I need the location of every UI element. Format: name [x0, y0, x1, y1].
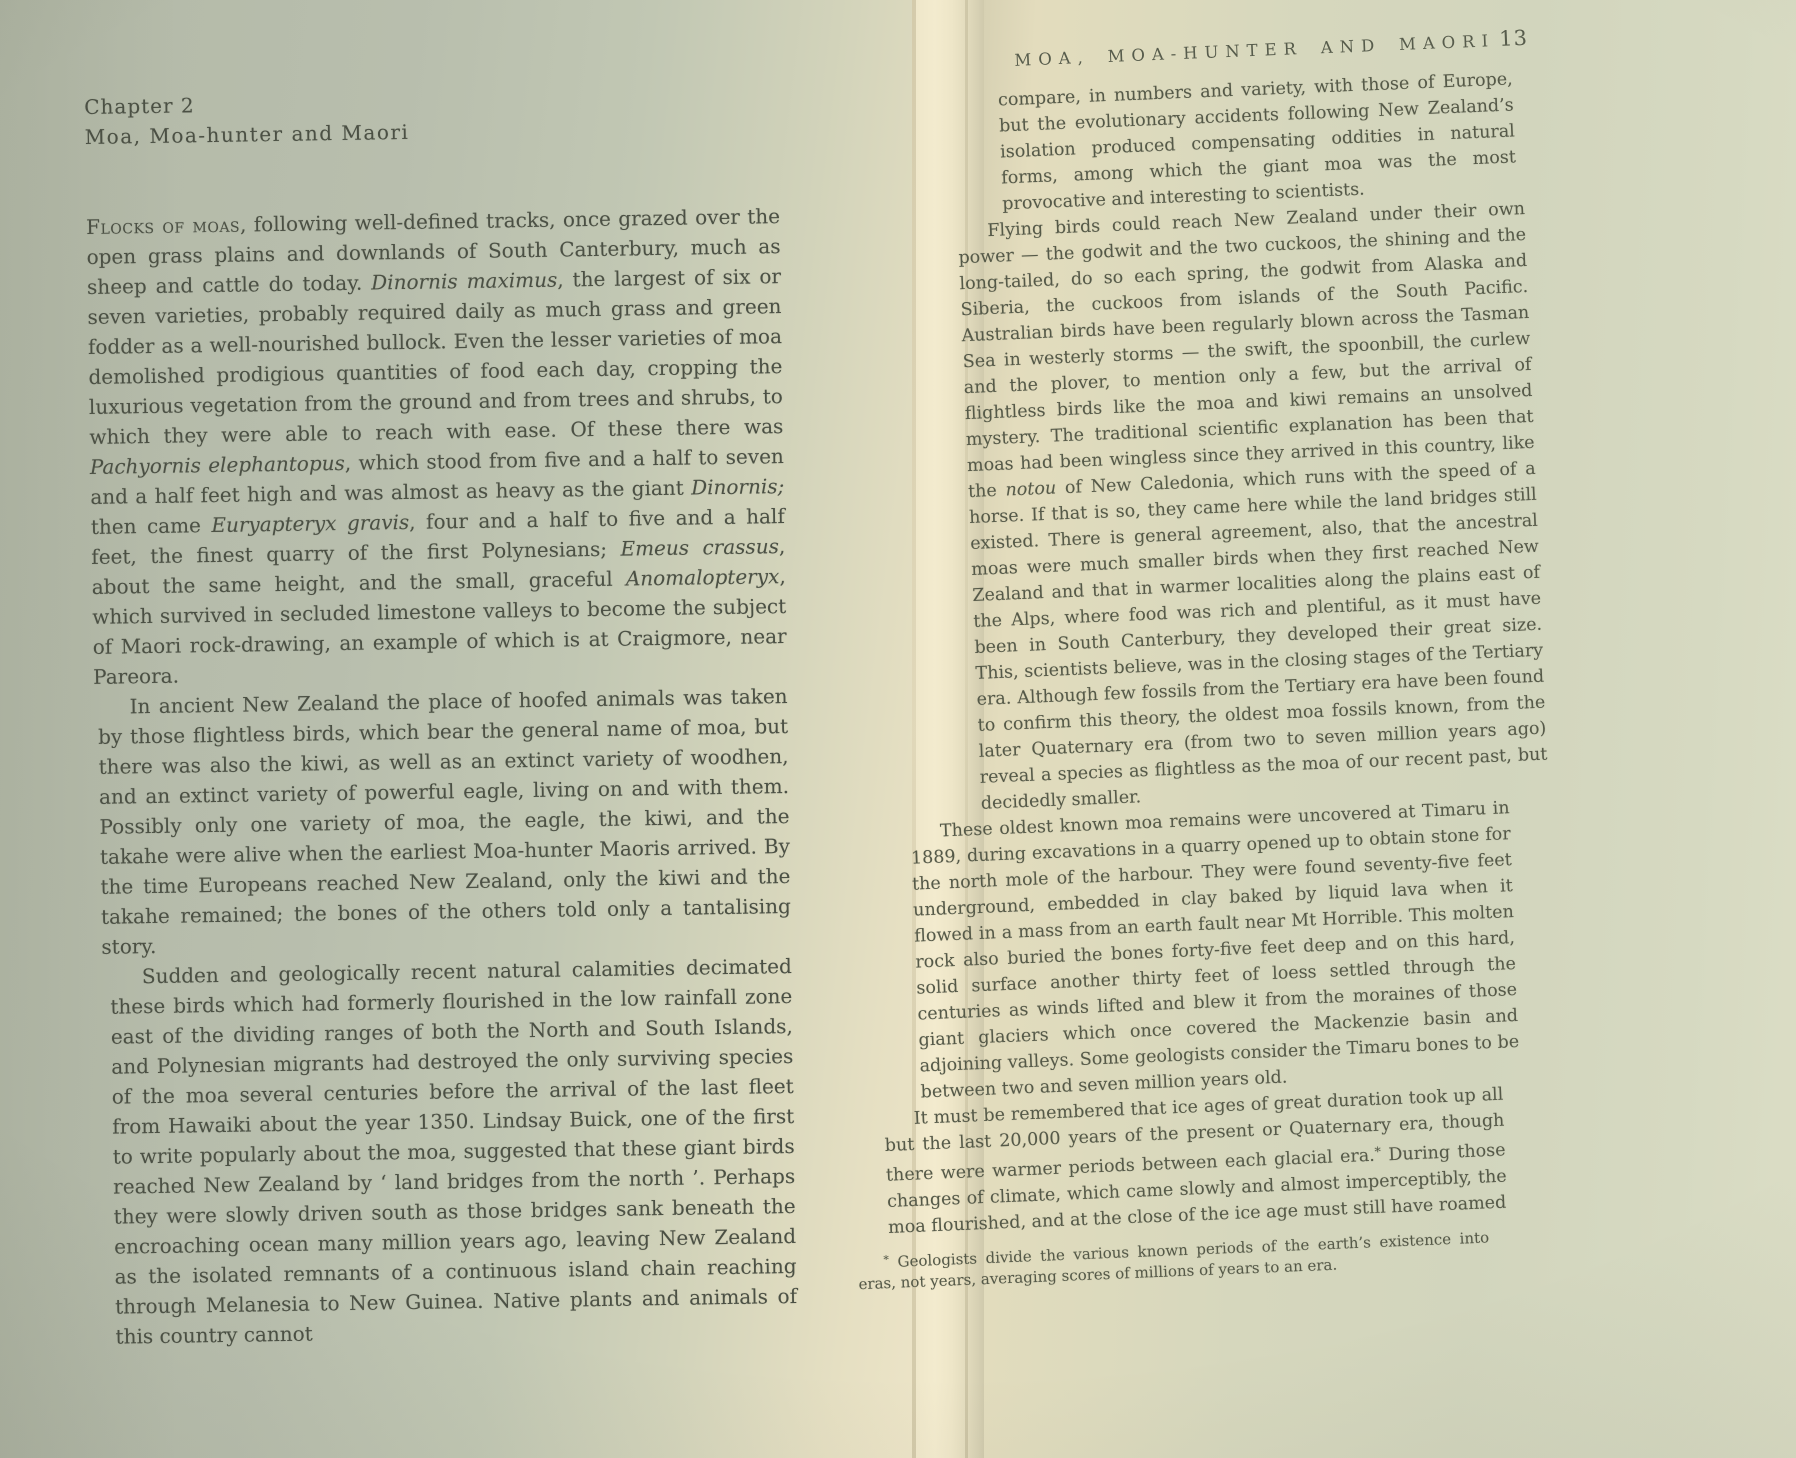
- left-page-body: Flocks of moas, following well-defined t…: [86, 201, 798, 1352]
- text-segment: of New Caledonia, which runs with the sp…: [969, 459, 1548, 814]
- species-name-italic: Pachyornis elephantopus: [90, 451, 345, 479]
- left-page-text: Chapter 2 Moa, Moa-hunter and Maori Floc…: [84, 81, 798, 1352]
- left-paragraph-2: In ancient New Zealand the place of hoof…: [97, 681, 791, 962]
- bird-name-italic: notou: [1005, 478, 1056, 500]
- left-paragraph-3: Sudden and geologically recent natural c…: [110, 951, 798, 1352]
- book-photo: Chapter 2 Moa, Moa-hunter and Maori Floc…: [0, 0, 1796, 1458]
- right-paragraph-3: These oldest known moa remains were unco…: [909, 795, 1520, 1105]
- species-name-italic: Dinornis;: [691, 474, 785, 499]
- text-segment: then came: [91, 513, 212, 539]
- species-name-italic: Dinornis maximus: [371, 268, 557, 295]
- text-segment: Flying birds could reach New Zealand und…: [958, 199, 1535, 502]
- species-name-italic: Emeus crassus: [620, 534, 779, 560]
- species-name-italic: Anomalopteryx: [626, 564, 780, 590]
- page-number: 13: [1499, 26, 1529, 51]
- right-paragraph-2: Flying birds could reach New Zealand und…: [957, 196, 1549, 817]
- right-paragraph-4: It must be remembered that ice ages of g…: [883, 1082, 1508, 1241]
- right-paragraph-1: compare, in numbers and variety, with th…: [998, 66, 1518, 217]
- left-paragraph-1: Flocks of moas, following well-defined t…: [86, 201, 787, 692]
- footnote-marker: *: [883, 1253, 889, 1266]
- right-page-text: MOA, MOA-HUNTER AND MAORI 13 compare, in…: [888, 25, 1586, 1291]
- lead-smallcaps: Flocks of moas: [86, 213, 240, 239]
- species-name-italic: Euryapteryx gravis: [211, 510, 409, 537]
